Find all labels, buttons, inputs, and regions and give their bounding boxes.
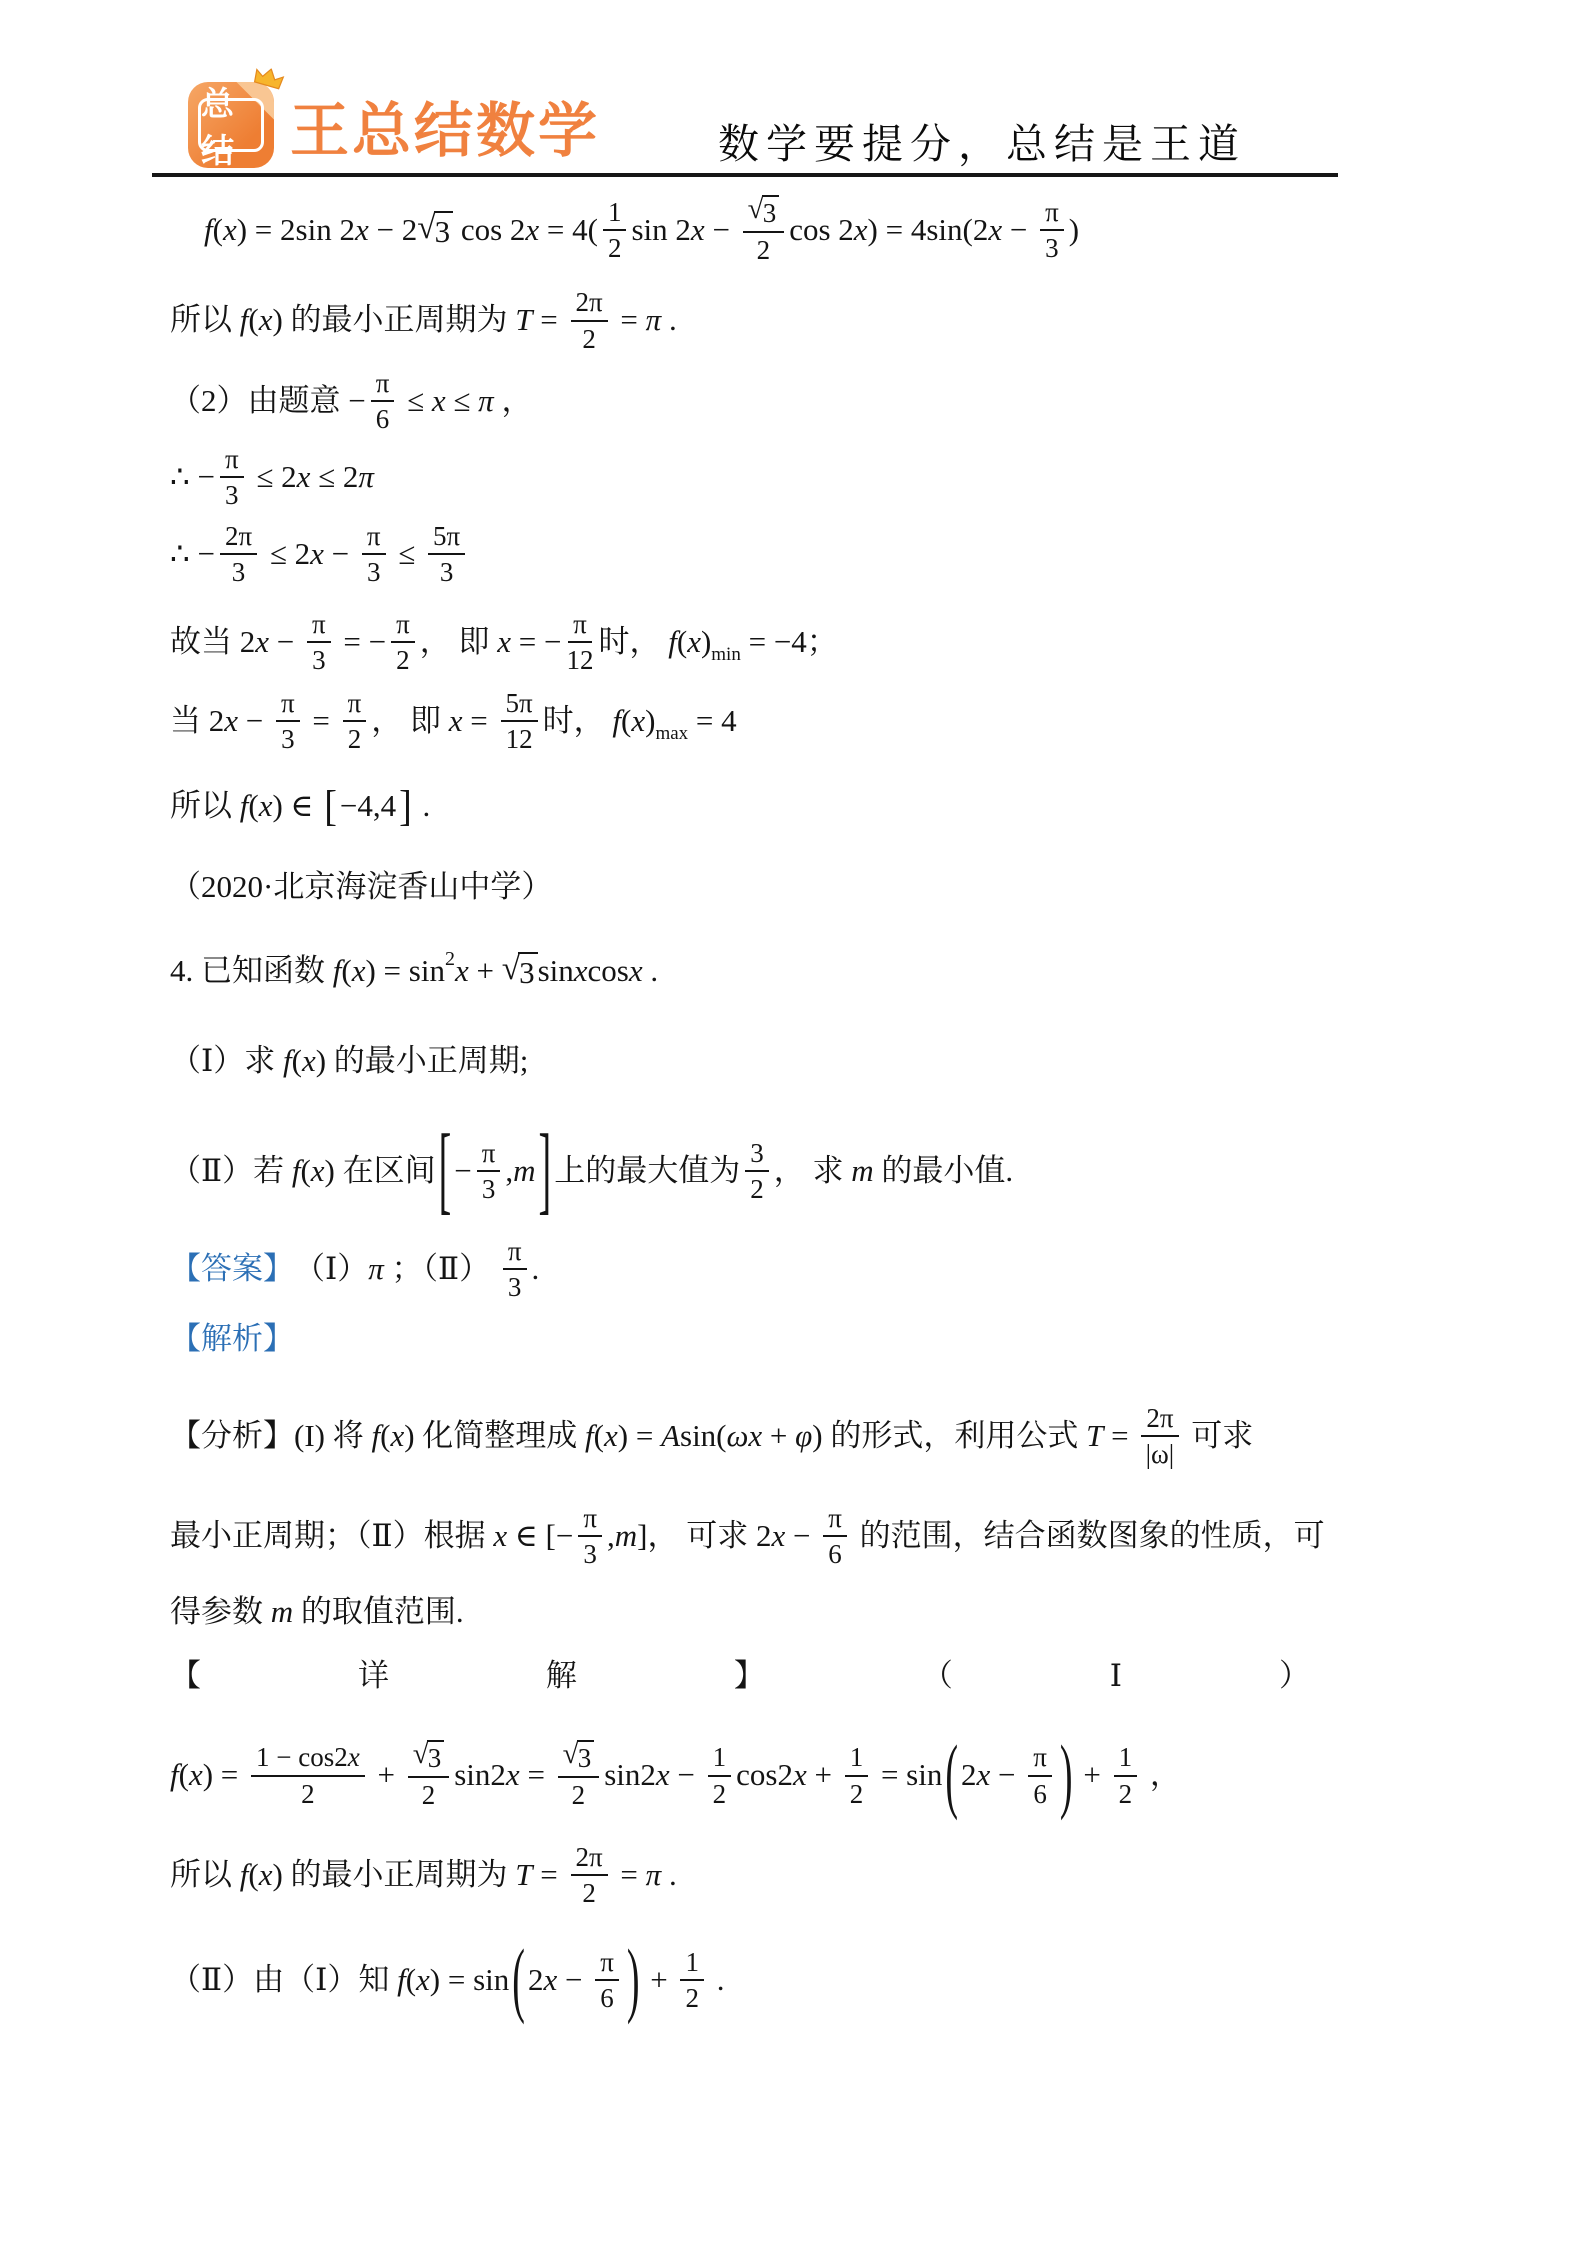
numerator: 1 − cos2x [251, 1742, 365, 1776]
text-run: ( [677, 622, 687, 662]
text-run: 当 2 [170, 701, 224, 741]
text-run: ) 的最小正周期为 [272, 300, 515, 340]
superscript: 2 [445, 946, 455, 972]
fraction: 2π2 [571, 1842, 608, 1908]
denominator: 12 [566, 643, 593, 675]
stretched-bracket: ( [945, 1734, 958, 1818]
math-variable: x [854, 210, 868, 250]
text-run: sin [538, 951, 574, 991]
text-run: = −4； [741, 622, 838, 662]
text-run: ( [292, 1041, 302, 1081]
math-variable: x [224, 701, 238, 741]
math-variable: f [240, 1855, 249, 1895]
justified-char: 【 [170, 1656, 201, 1696]
math-variable: x [988, 210, 1002, 250]
justified-char: ） [1279, 1656, 1310, 1696]
math-variable: A [661, 1416, 680, 1456]
text-run: ≤ 2 [310, 457, 358, 497]
text-run: cos 2 [789, 210, 854, 250]
fraction: π6 [595, 1947, 619, 2013]
denominator: 3 [583, 1537, 597, 1569]
fraction: π3 [503, 1236, 527, 1302]
justified-char: 】 [734, 1656, 765, 1696]
text-run: − [324, 534, 357, 574]
math-variable: x [416, 1960, 430, 2000]
text-run: − [454, 1151, 471, 1191]
math-variable: m [271, 1592, 293, 1632]
text-run: . [532, 1249, 540, 1289]
text-run: − [238, 701, 271, 741]
math-variable: x [493, 1516, 507, 1556]
text-run: 最小正周期；（Ⅱ）根据 [170, 1516, 493, 1556]
denominator: 3 [440, 555, 454, 587]
stretched-bracket: ( [512, 1938, 525, 2022]
numerator: 5π [428, 521, 465, 555]
numerator: π [568, 609, 592, 643]
text-run: = [533, 300, 566, 340]
text-run: = [1103, 1416, 1136, 1456]
text-run: + [642, 1960, 675, 2000]
denominator: 6 [376, 402, 390, 434]
radicand: 3 [577, 1740, 595, 1774]
subscript: min [711, 643, 741, 668]
range-conclusion: 所以 f(x) ∈ [−4,4] . [170, 778, 1557, 834]
numerator: 1 [680, 1947, 704, 1981]
math-variable: x [656, 1755, 670, 1795]
numerator: π [1028, 1742, 1052, 1776]
text-run: ( [341, 951, 351, 991]
math-variable: f [397, 1960, 406, 2000]
text-run: ( [594, 1416, 604, 1456]
numerator: π [371, 368, 395, 402]
text-run: ) = [203, 1755, 246, 1795]
text-run: ， [494, 381, 533, 421]
text-run: ) [645, 701, 655, 741]
math-variable: x [310, 534, 324, 574]
math-variable: x [189, 1755, 203, 1795]
answer-line: 【答案】（Ⅰ）π ；（Ⅱ） π3. [170, 1236, 1557, 1302]
analysis-line-2: 最小正周期；（Ⅱ）根据 x ∈ [−π3,m]， 可求 2x − π6 的范围，… [170, 1503, 1557, 1569]
denominator: 2 [685, 1981, 699, 2013]
text-run: − [670, 1755, 703, 1795]
text-run: − [990, 1755, 1023, 1795]
numerator: 3 [745, 1138, 769, 1172]
numerator: 1 [1114, 1742, 1138, 1776]
text-run: 【分析】(I) 将 [170, 1416, 371, 1456]
step2-ineq-1: ∴ −π3 ≤ 2x ≤ 2π [170, 444, 1557, 510]
numerator: 1 [603, 197, 627, 231]
numerator: 5π [501, 688, 538, 722]
text-run: （Ⅱ）若 [170, 1151, 292, 1191]
fraction: π3 [307, 609, 331, 675]
sqrt-expression: √3 [502, 952, 538, 991]
numerator: 2π [571, 287, 608, 321]
math-variable: x [259, 786, 273, 826]
text-run: −4,4 [340, 786, 396, 826]
text-run: = 4( [539, 210, 598, 250]
page-header: 总结 王总结数学 数学要提分，总结是王道 [152, 0, 1338, 177]
stretched-bracket: ) [627, 1938, 640, 2022]
numerator: π [220, 444, 244, 478]
denominator: 3 [281, 722, 295, 754]
fraction: π3 [220, 444, 244, 510]
math-variable: φ [795, 1416, 812, 1456]
text-run: ) 的最小正周期; [316, 1041, 529, 1081]
text-run: 2 [528, 1960, 544, 2000]
sqrt-expression: √3 [748, 195, 780, 229]
text-run: − [705, 210, 738, 250]
numerator: π [503, 1236, 527, 1270]
math-variable: f [240, 786, 249, 826]
fraction: 5π3 [428, 521, 465, 587]
denominator: 3 [232, 555, 246, 587]
math-variable: x [543, 1960, 557, 2000]
text-run: （2020·北京海淀香山中学） [170, 867, 552, 907]
text-run: . [709, 1960, 725, 2000]
denominator: 6 [828, 1537, 842, 1569]
text-run: ( [248, 300, 258, 340]
text-run: ≤ 2 [249, 457, 297, 497]
math-variable: x [629, 951, 643, 991]
part1-question: （Ⅰ）求 f(x) 的最小正周期; [170, 1038, 1557, 1084]
fraction: 12 [845, 1742, 869, 1808]
math-variable: x [255, 622, 269, 662]
fraction: √32 [743, 195, 785, 265]
text-run: sin2 [454, 1755, 506, 1795]
brand-wordmark: 王总结数学 [290, 83, 600, 168]
text-run: ( [300, 1151, 310, 1191]
math-variable: f [612, 701, 621, 741]
text-run: 时， [598, 622, 668, 662]
text-run: ∴ − [170, 457, 215, 497]
text-run: 所以 [170, 786, 240, 826]
math-variable: x [771, 1516, 785, 1556]
text-run: ∈ [− [507, 1516, 573, 1556]
math-variable: π [368, 1249, 384, 1289]
text-run: ≤ [391, 534, 424, 574]
numerator: π [391, 609, 415, 643]
text-run: − [557, 1960, 590, 2000]
fraction: π3 [578, 1503, 602, 1569]
math-variable: x [348, 1742, 360, 1772]
fraction: 1 − cos2x2 [251, 1742, 365, 1808]
text-run: ]， 可求 2 [637, 1516, 771, 1556]
text-run: + [807, 1755, 840, 1795]
step2-ineq-2: ∴ −2π3 ≤ 2x − π3 ≤ 5π3 [170, 521, 1557, 587]
logo-icon-text: 总结 [201, 78, 261, 172]
text-run: 2 [961, 1755, 977, 1795]
radicand: 3 [518, 952, 538, 991]
math-variable: x [455, 951, 469, 991]
part2-solution-start: （Ⅱ）由（Ⅰ）知 f(x) = sin(2x − π6) + 12 . [170, 1930, 1557, 2030]
text-run: （Ⅱ）由（Ⅰ）知 [170, 1960, 397, 2000]
math-variable: T [515, 1855, 532, 1895]
fraction: π3 [276, 688, 300, 754]
text-run: ∴ − [170, 534, 215, 574]
text-run: ( [621, 701, 631, 741]
math-variable: x [506, 1755, 520, 1795]
math-variable: f [204, 210, 213, 250]
denominator: 2 [396, 643, 410, 675]
fraction: π6 [823, 1503, 847, 1569]
numerator: π [477, 1138, 501, 1172]
denominator: 6 [600, 1981, 614, 2013]
denominator: 2 [757, 233, 771, 265]
math-variable: m [615, 1516, 637, 1556]
text-run: ) 化简整理成 [404, 1416, 585, 1456]
document-body: f(x) = 2sin 2x − 2√3 cos 2x = 4(12sin 2x… [0, 177, 1587, 2030]
math-variable: x [604, 1416, 618, 1456]
text-run: + [370, 1755, 403, 1795]
math-variable: m [851, 1151, 873, 1191]
math-variable: x [390, 1416, 404, 1456]
numerator: π [823, 1503, 847, 1537]
text-run: ) = sin [430, 1960, 509, 2000]
fraction: π6 [371, 368, 395, 434]
denominator: 2 [608, 231, 622, 263]
analysis-line-1: 【分析】(I) 将 f(x) 化简整理成 f(x) = Asin(ωx + φ)… [170, 1403, 1557, 1469]
denominator: |ω| [1146, 1437, 1175, 1469]
denominator: 3 [482, 1172, 496, 1204]
stretched-bracket: ] [539, 1122, 552, 1221]
text-run: = sin [873, 1755, 942, 1795]
math-variable: T [515, 300, 532, 340]
math-variable: x [631, 701, 645, 741]
text-run: . [661, 1855, 677, 1895]
text-run: 故当 2 [170, 622, 255, 662]
math-variable: x [259, 300, 273, 340]
fraction: 12 [708, 1742, 732, 1808]
numerator: π [578, 1503, 602, 1537]
text-run: ) 的形式，利用公式 [812, 1416, 1086, 1456]
text-run: = 4 [688, 701, 736, 741]
text-run: ， 求 [774, 1151, 852, 1191]
text-run: ≤ 2 [262, 534, 310, 574]
fraction: π12 [566, 609, 593, 675]
radicand: 3 [427, 1740, 445, 1774]
math-variable: x [574, 951, 588, 991]
text-run: . [643, 951, 659, 991]
sqrt-expression: √3 [413, 1740, 445, 1774]
math-variable: π [646, 300, 662, 340]
math-variable: m [513, 1151, 535, 1191]
subscript: max [655, 722, 688, 747]
math-variable: π [478, 381, 494, 421]
fraction: 12 [680, 1947, 704, 2013]
source-school: （2020·北京海淀香山中学） [170, 864, 1557, 910]
text-run: ( [179, 1755, 189, 1795]
text-run: ) [701, 622, 711, 662]
text-run: ( [248, 786, 258, 826]
text-run: ≤ [399, 381, 432, 421]
justified-char: Ⅰ [1110, 1656, 1122, 1696]
logo-inner-frame: 总结 [198, 98, 264, 152]
denominator: 2 [713, 1777, 727, 1809]
text-run: = [613, 1855, 646, 1895]
eq-fx-detail: f(x) = 1 − cos2x2 + √32sin2x = √32sin2x … [170, 1726, 1557, 1826]
fraction: 12 [1114, 1742, 1138, 1808]
math-variable: x [497, 622, 511, 662]
text-run: （Ⅰ）求 [170, 1041, 283, 1081]
denominator: 2 [301, 1777, 315, 1809]
text-run: − 2 [369, 210, 417, 250]
fraction: 12 [603, 197, 627, 263]
text-run: = [463, 701, 496, 741]
math-variable: f [283, 1041, 292, 1081]
text-run: 时， [543, 701, 613, 741]
fraction: 2π2 [571, 287, 608, 353]
math-variable: f [240, 300, 249, 340]
text-run: , [607, 1516, 615, 1556]
stretched-bracket: ] [399, 784, 412, 828]
sqrt-expression: √3 [563, 1740, 595, 1774]
math-variable: x [297, 457, 311, 497]
numerator: π [343, 688, 367, 722]
math-variable: x [432, 381, 446, 421]
denominator: 3 [225, 478, 239, 510]
denominator: 2 [582, 322, 596, 354]
fraction: √32 [408, 1740, 450, 1810]
math-variable: f [585, 1416, 594, 1456]
text-run: sin2 [604, 1755, 656, 1795]
numerator: 1 [708, 1742, 732, 1776]
text-run: cos 2 [453, 210, 525, 250]
denominator: 3 [367, 555, 381, 587]
min-case: 故当 2x − π3 = −π2， 即 x = −π12时， f(x)min =… [170, 609, 1557, 675]
justified-char: 解 [546, 1656, 577, 1696]
text-run: ) = 4sin(2 [868, 210, 989, 250]
math-variable: π [646, 1855, 662, 1895]
fraction: π3 [1040, 197, 1064, 263]
text-run: 所以 [170, 300, 240, 340]
fraction: 32 [745, 1138, 769, 1204]
denominator: 2 [582, 1876, 596, 1908]
stretched-bracket: [ [439, 1122, 452, 1221]
math-variable: π [358, 457, 374, 497]
numerator: √3 [408, 1740, 450, 1778]
radicand: 3 [434, 211, 454, 250]
text-run: 的最小值. [874, 1151, 1014, 1191]
text-run: ( [213, 210, 223, 250]
text-run: − [785, 1516, 818, 1556]
math-variable: x [687, 622, 701, 662]
text-run: + [1076, 1755, 1109, 1795]
denominator: 3 [508, 1270, 522, 1302]
text-run: = [613, 300, 646, 340]
numerator: π [362, 521, 386, 555]
text-run: 1 − cos2 [256, 1742, 348, 1772]
text-run: ；（Ⅱ） [384, 1249, 498, 1289]
text-run: − [269, 622, 302, 662]
denominator: 2 [348, 722, 362, 754]
text-run: ) 的最小正周期为 [272, 1855, 515, 1895]
justified-char: 详 [358, 1656, 389, 1696]
text-run: 【解析】 [170, 1319, 294, 1359]
fraction: π3 [362, 521, 386, 587]
fraction: π3 [477, 1138, 501, 1204]
text-run: . [415, 786, 431, 826]
period-conclusion-2: 所以 f(x) 的最小正周期为 T = 2π2 = π . [170, 1842, 1557, 1908]
analysis-line-3: 得参数 m 的取值范围. [170, 1590, 1557, 1636]
text-run: （2）由题意 − [170, 381, 366, 421]
text-run: ( [380, 1416, 390, 1456]
denominator: 2 [1119, 1777, 1133, 1809]
text-run: ) = 2sin 2 [237, 210, 355, 250]
math-variable: f [668, 622, 677, 662]
analysis-label: 【解析】 [170, 1317, 1557, 1363]
denominator: 2 [750, 1172, 764, 1204]
denominator: 3 [1045, 231, 1059, 263]
text-run: ， [1142, 1755, 1181, 1795]
math-variable: x [977, 1755, 991, 1795]
math-variable: x [311, 1151, 325, 1191]
sqrt-expression: √3 [417, 211, 453, 250]
text-run: 得参数 [170, 1592, 271, 1632]
eq-fx-simplify: f(x) = 2sin 2x − 2√3 cos 2x = 4(12sin 2x… [204, 195, 1557, 265]
text-run: sin 2 [631, 210, 690, 250]
period-conclusion-1: 所以 f(x) 的最小正周期为 T = 2π2 = π . [170, 287, 1557, 353]
text-run: = − [511, 622, 561, 662]
numerator: 2π [571, 1842, 608, 1876]
denominator: 12 [506, 722, 533, 754]
numerator: 2π [220, 521, 257, 555]
text-run: 可求 [1184, 1416, 1254, 1456]
text-run: = − [336, 622, 386, 662]
fraction: π2 [343, 688, 367, 754]
brand-logo-icon: 总结 [188, 82, 274, 168]
max-case: 当 2x − π3 = π2， 即 x = 5π12时， f(x)max = 4 [170, 688, 1557, 754]
text-run: − [1002, 210, 1035, 250]
text-run: = [533, 1855, 566, 1895]
math-variable: x [355, 210, 369, 250]
math-variable: T [1086, 1416, 1103, 1456]
text-run: 4. 已知函数 [170, 951, 333, 991]
detail-label-line: 【详解】（Ⅰ） [170, 1654, 1310, 1700]
text-run: 上的最大值为 [554, 1151, 740, 1191]
document-page: 总结 王总结数学 数学要提分，总结是王道 f(x) = 2sin 2x − 2√… [0, 0, 1587, 2245]
text-run: cos [588, 951, 629, 991]
fraction: 2π3 [220, 521, 257, 587]
text-run: + [762, 1416, 795, 1456]
math-variable: f [292, 1151, 301, 1191]
text-run: ≤ [446, 381, 479, 421]
math-variable: f [371, 1416, 380, 1456]
numerator: √3 [743, 195, 785, 233]
problem-4: 4. 已知函数 f(x) = sin2x + √3sinxcosx . [170, 944, 1557, 998]
numerator: π [595, 1947, 619, 1981]
math-variable: x [259, 1855, 273, 1895]
text-run: 的取值范围. [293, 1592, 464, 1632]
text-run: 的范围，结合函数图象的性质，可 [852, 1516, 1325, 1556]
denominator: 2 [422, 1778, 436, 1810]
text-run: , [505, 1151, 513, 1191]
text-run: ， 即 [371, 701, 449, 741]
denominator: 3 [312, 643, 326, 675]
part2-question: （Ⅱ）若 f(x) 在区间[−π3,m]上的最大值为32， 求 m 的最小值. [170, 1116, 1557, 1226]
numerator: 2π [1141, 1403, 1178, 1437]
fraction: 5π12 [501, 688, 538, 754]
numerator: π [1040, 197, 1064, 231]
text-run: ( [248, 1855, 258, 1895]
numerator: 1 [845, 1742, 869, 1776]
text-run: . [661, 300, 677, 340]
fraction: √32 [558, 1740, 600, 1810]
numerator: π [276, 688, 300, 722]
text-run: cos2 [736, 1755, 793, 1795]
math-variable: x [449, 701, 463, 741]
text-run: ) ∈ [272, 786, 321, 826]
denominator: 2 [850, 1777, 864, 1809]
